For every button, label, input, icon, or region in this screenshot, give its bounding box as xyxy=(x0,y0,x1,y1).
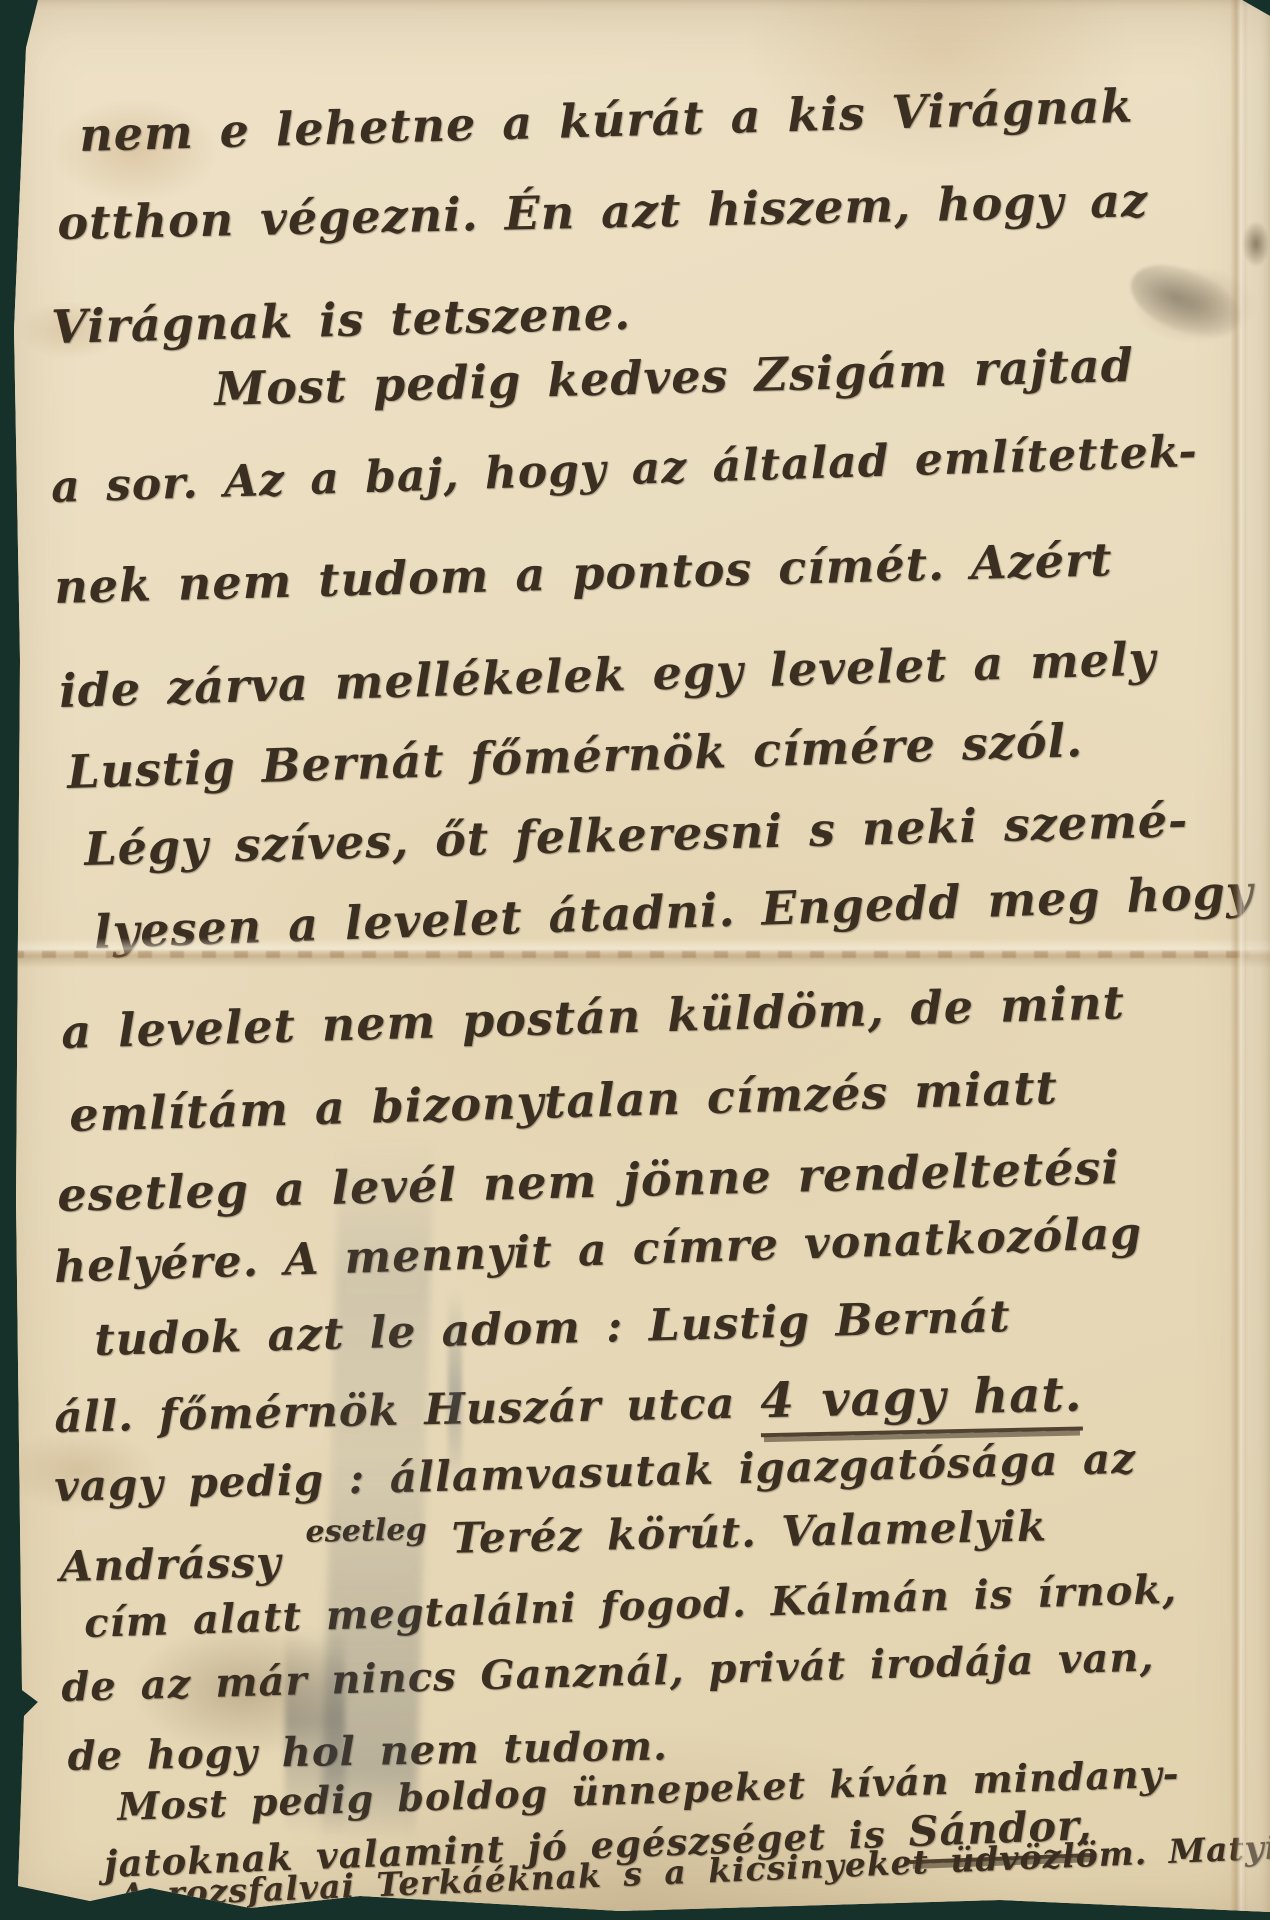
handwritten-line: vagy pedig : államvasutak igazgatósága a… xyxy=(54,1434,1137,1511)
line-rest: Teréz körút. Valamelyik xyxy=(451,1501,1047,1562)
letter-paper: nem e lehetne a kúrát a kis Virágnak ott… xyxy=(0,0,1270,1920)
street-name: Andrássy xyxy=(59,1537,282,1591)
handwritten-line: Andrássy esetleg Teréz körút. Valamelyik xyxy=(59,1501,1048,1571)
handwritten-line: a levelet nem postán küldöm, de mint xyxy=(60,975,1125,1059)
handwritten-line: Virágnak is tetszene. xyxy=(51,286,632,354)
handwritten-line: említám a bizonytalan címzés miatt xyxy=(68,1060,1058,1142)
handwritten-line: nem e lehetne a kúrát a kis Virágnak xyxy=(78,79,1133,162)
ink-blot xyxy=(1243,222,1269,266)
handwritten-line: tudok azt le adom : Lustig Bernát xyxy=(94,1291,1011,1366)
handwritten-line: Légy szíves, őt felkeresni s neki szemé- xyxy=(84,793,1189,876)
handwritten-line: helyére. A mennyit a címre vonatkozólag xyxy=(53,1208,1142,1293)
letter-scan: { "letter": { "kind": "scanned page of a… xyxy=(0,0,1270,1920)
fold-right-panel xyxy=(1243,0,1270,1920)
handwritten-line: otthon végezni. Én azt hiszem, hogy az xyxy=(57,173,1149,250)
handwritten-line: a sor. Az a baj, hogy az általad említet… xyxy=(50,426,1198,513)
underlined-house-number: 4 vagy hat. xyxy=(760,1366,1083,1437)
handwritten-line: áll. főmérnök Huszár utca 4 vagy hat. xyxy=(54,1366,1083,1444)
graphite-smudge-streak xyxy=(448,1290,462,1490)
handwritten-line: nek nem tudom a pontos címét. Azért xyxy=(54,532,1113,614)
handwritten-line: esetleg a levél nem jönne rendeltetési xyxy=(57,1140,1121,1222)
handwritten-line: ide zárva mellékelek egy levelet a mely xyxy=(58,631,1157,718)
handwritten-line: Lustig Bernát főmérnök címére szól. xyxy=(66,713,1083,799)
handwritten-line: Most pedig kedves Zsigám rajtad xyxy=(214,338,1135,416)
handwritten-line: de az már nincs Ganznál, privát irodája … xyxy=(61,1633,1155,1711)
graphite-smudge-streak xyxy=(285,1628,345,1833)
fold-crease-horizontal-grit xyxy=(10,951,1250,958)
